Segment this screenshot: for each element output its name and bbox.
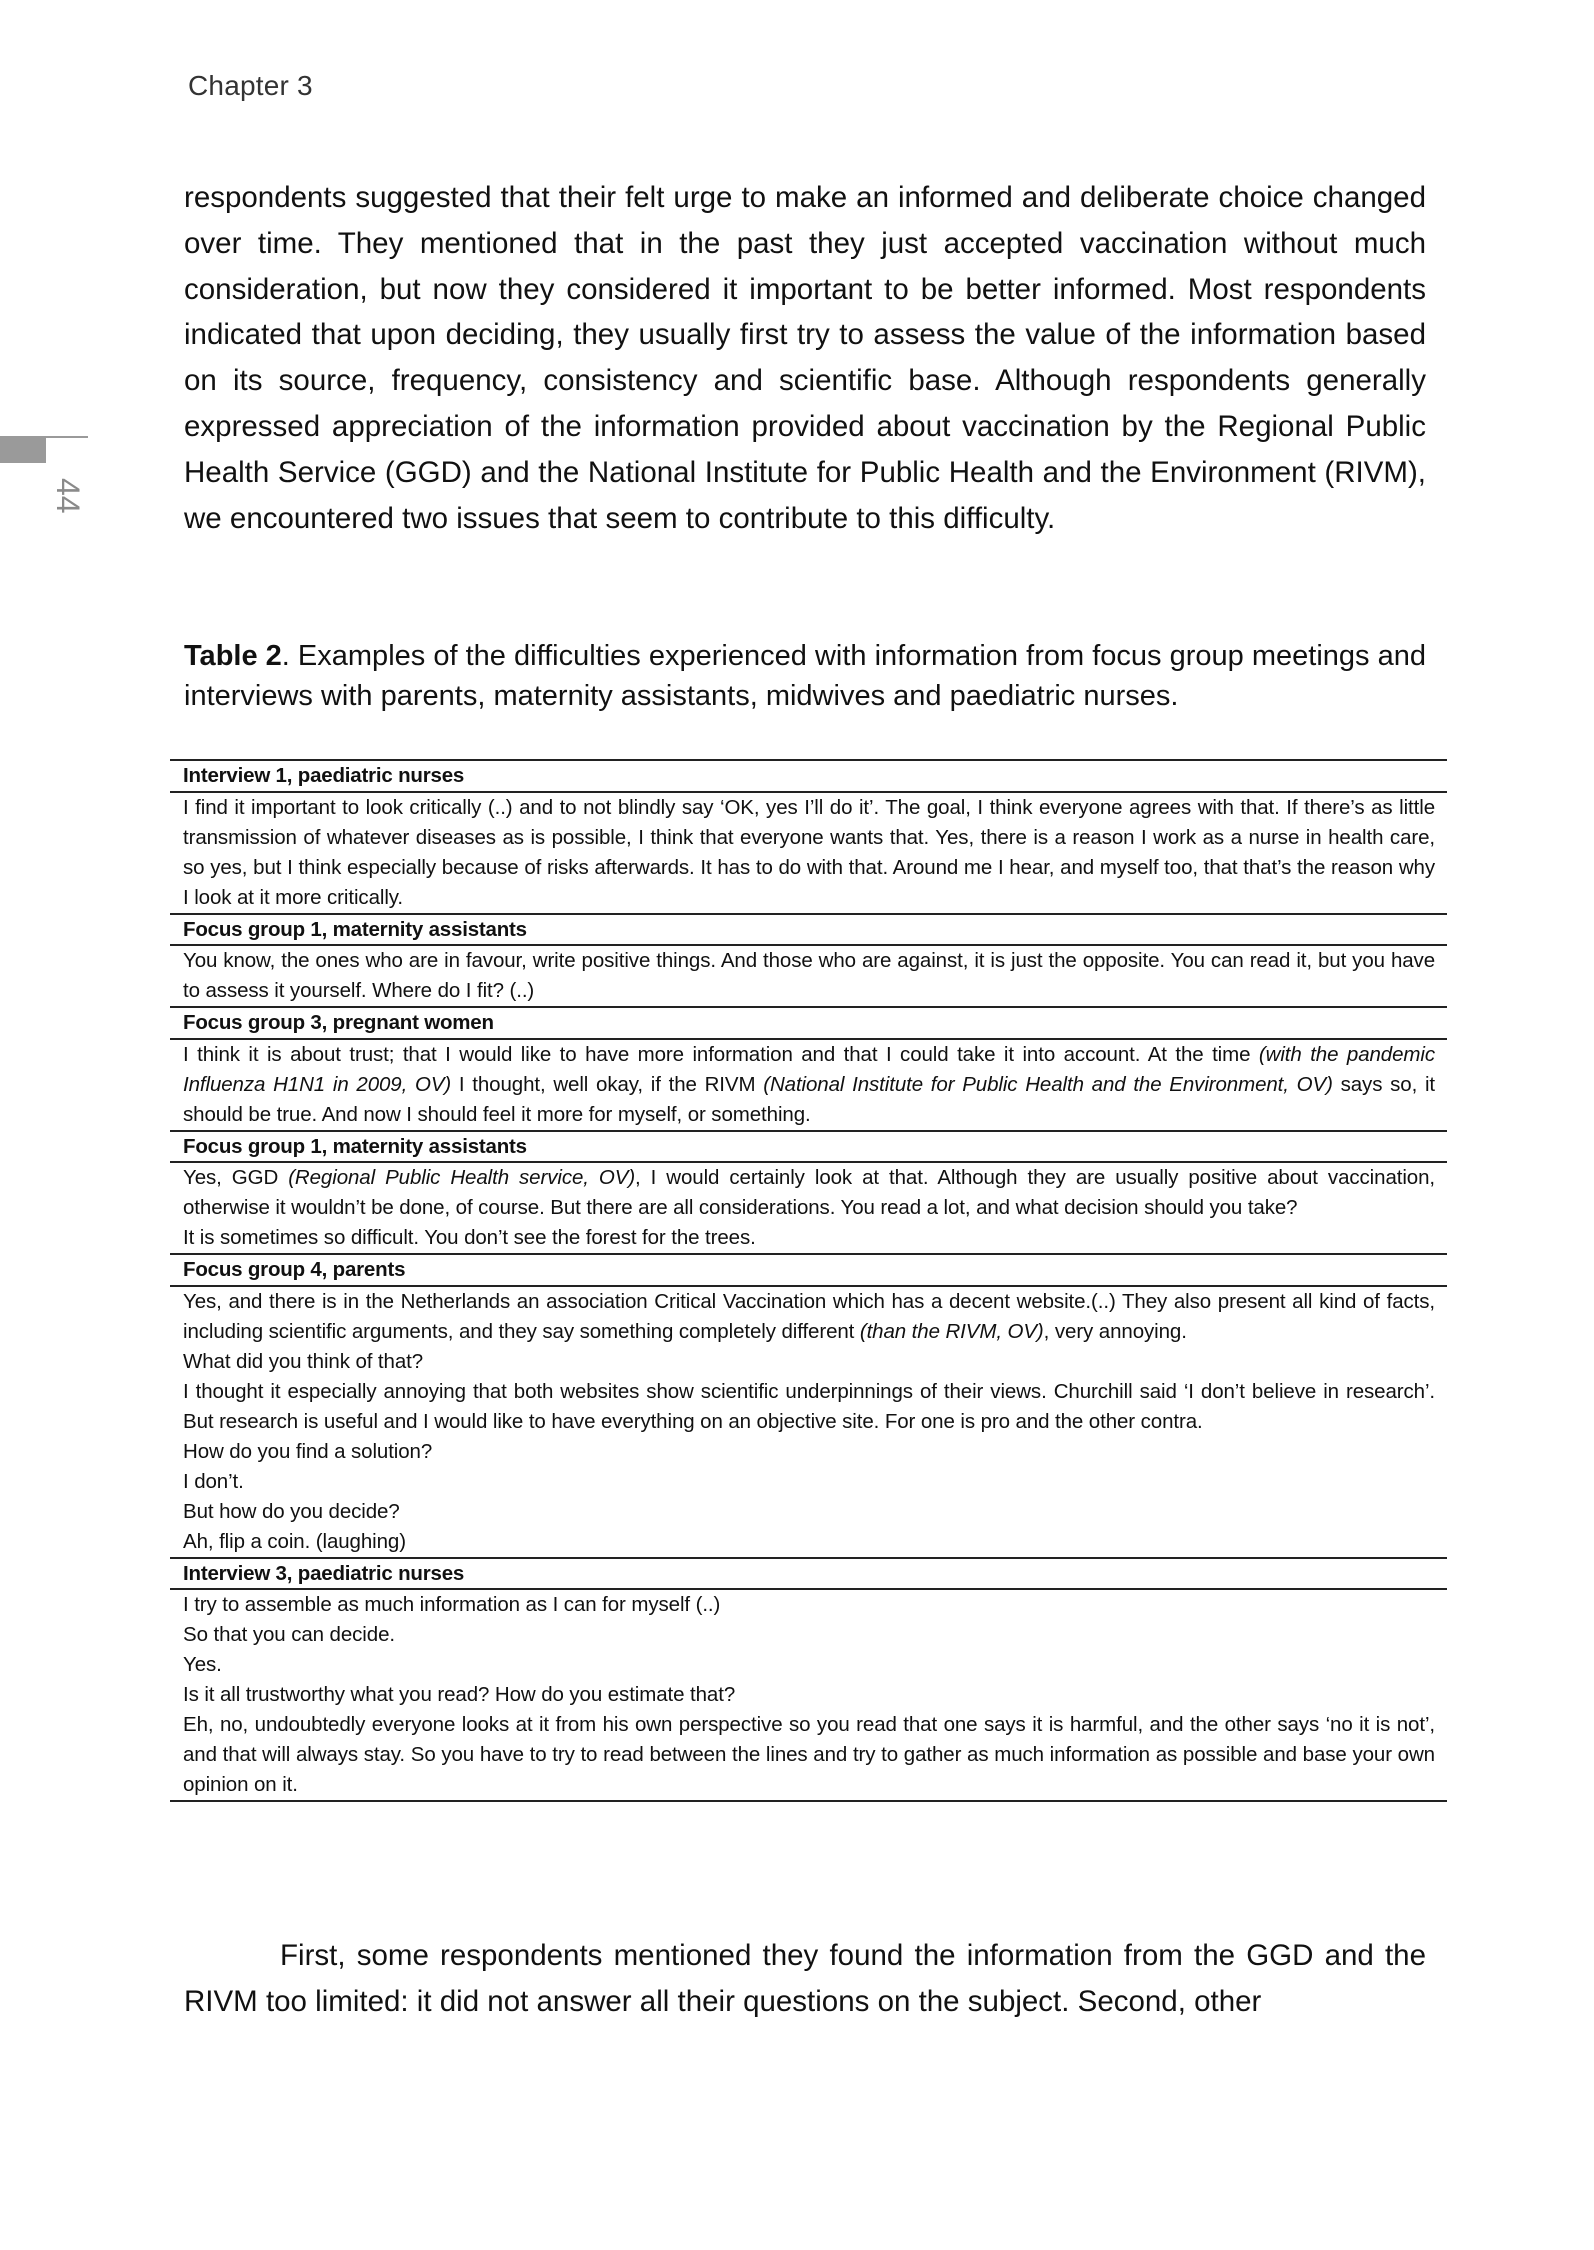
quote-line: So that you can decide. <box>183 1620 1435 1650</box>
quote-line: Yes, GGD (Regional Public Health service… <box>183 1163 1435 1223</box>
quote-line: You know, the ones who are in favour, wr… <box>183 946 1435 1006</box>
quote-line: It is sometimes so difficult. You don’t … <box>183 1223 1435 1253</box>
table-section: Interview 1, paediatric nursesI find it … <box>170 761 1447 915</box>
quote-line: I don’t. <box>183 1467 1435 1497</box>
table-section: Interview 3, paediatric nursesI try to a… <box>170 1559 1447 1801</box>
table-section: Focus group 4, parentsYes, and there is … <box>170 1255 1447 1559</box>
quote-line: Eh, no, undoubtedly everyone looks at it… <box>183 1710 1435 1800</box>
table-section-heading: Focus group 3, pregnant women <box>170 1008 1447 1040</box>
quote-line: But how do you decide? <box>183 1497 1435 1527</box>
table-section-quote: You know, the ones who are in favour, wr… <box>170 946 1447 1008</box>
quote-line: I find it important to look critically (… <box>183 793 1435 913</box>
table-section-heading: Focus group 1, maternity assistants <box>170 1132 1447 1164</box>
quote-line: I try to assemble as much information as… <box>183 1590 1435 1620</box>
body-paragraph-2-text: First, some respondents mentioned they f… <box>184 1939 1426 2018</box>
table-section: Focus group 1, maternity assistantsYou k… <box>170 915 1447 1009</box>
table-section: Focus group 1, maternity assistantsYes, … <box>170 1132 1447 1256</box>
page-number: 44 <box>49 478 86 538</box>
quote-line: Ah, flip a coin. (laughing) <box>183 1527 1435 1557</box>
table-section-quote: Yes, GGD (Regional Public Health service… <box>170 1163 1447 1255</box>
table-section-quote: I think it is about trust; that I would … <box>170 1040 1447 1132</box>
quote-line: Is it all trustworthy what you read? How… <box>183 1680 1435 1710</box>
quote-line: Yes. <box>183 1650 1435 1680</box>
quotes-table: Interview 1, paediatric nursesI find it … <box>170 759 1447 1802</box>
body-paragraph-1: respondents suggested that their felt ur… <box>184 175 1426 541</box>
table-caption: Table 2. Examples of the difficulties ex… <box>184 636 1426 716</box>
table-section-heading: Interview 3, paediatric nurses <box>170 1559 1447 1591</box>
table-section-heading: Interview 1, paediatric nurses <box>170 761 1447 793</box>
quote-line: Yes, and there is in the Netherlands an … <box>183 1287 1435 1347</box>
table-section: Focus group 3, pregnant womenI think it … <box>170 1008 1447 1132</box>
body-paragraph-2: First, some respondents mentioned they f… <box>184 1933 1426 2025</box>
quote-line: What did you think of that? <box>183 1347 1435 1377</box>
table-section-heading: Focus group 1, maternity assistants <box>170 915 1447 947</box>
table-section-heading: Focus group 4, parents <box>170 1255 1447 1287</box>
page-tab-marker <box>0 437 46 463</box>
table-section-quote: I try to assemble as much information as… <box>170 1590 1447 1800</box>
table-caption-label: Table 2 <box>184 640 282 672</box>
running-head: Chapter 3 <box>188 70 313 102</box>
quote-line: I thought it especially annoying that bo… <box>183 1377 1435 1437</box>
table-section-quote: Yes, and there is in the Netherlands an … <box>170 1287 1447 1559</box>
quote-line: How do you find a solution? <box>183 1437 1435 1467</box>
quote-line: I think it is about trust; that I would … <box>183 1040 1435 1130</box>
table-caption-text: . Examples of the difficulties experienc… <box>184 640 1426 712</box>
table-section-quote: I find it important to look critically (… <box>170 793 1447 915</box>
